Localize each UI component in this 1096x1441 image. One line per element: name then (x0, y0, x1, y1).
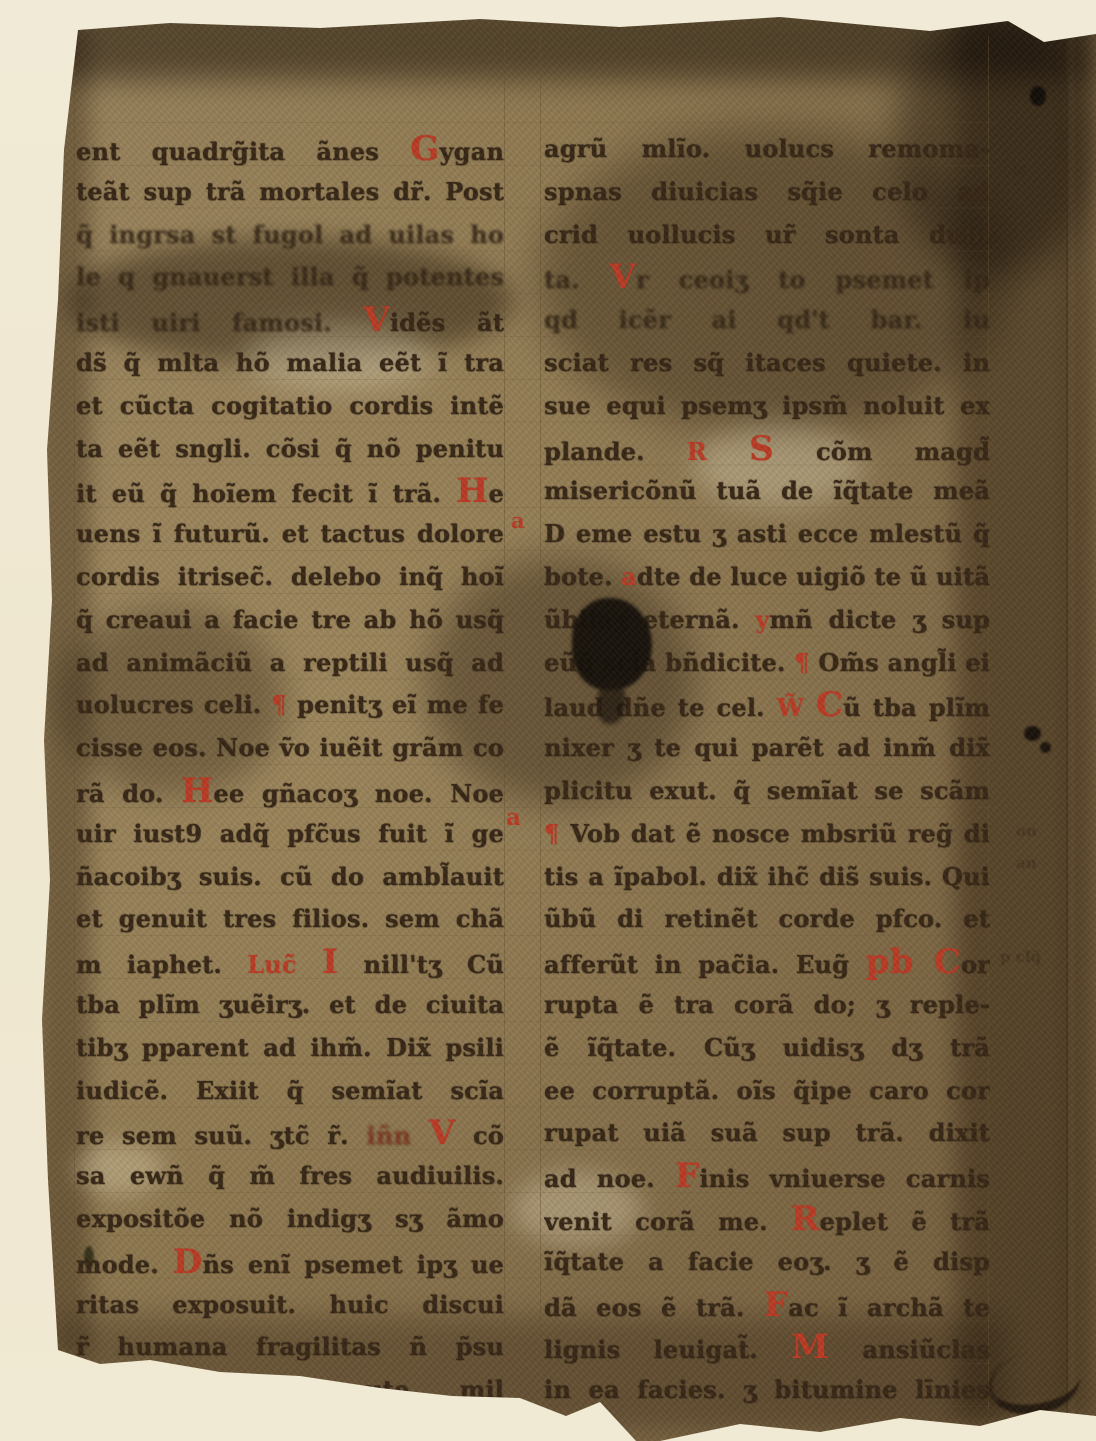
ink-text: bote. (544, 562, 621, 591)
text-line: tba plĩm ʒuẽirʒ. et de ciuita (76, 984, 504, 1027)
ink-text: ds̃ q̃ mlta hõ malia eẽt ĩ tra (76, 348, 504, 377)
ink-text: idẽs ãt (390, 308, 504, 337)
text-line: re sem suũ. ʒtc̃ r̃. iñn V cõ (76, 1112, 504, 1155)
rubric-text: V (429, 1113, 456, 1153)
rubric-text: F (675, 1156, 699, 1196)
rubric-text: a (621, 562, 637, 591)
rubric-text: W̃ (777, 693, 816, 722)
ink-text: ygan (439, 137, 504, 166)
marginal-note-1: on (1016, 822, 1037, 840)
text-line: venit corã me. Replet ẽ trã (544, 1198, 990, 1241)
text-line: misericõnũ tuã de ĩq̃tate meã (544, 470, 990, 513)
ink-text: eũq̃ scl̃a bñdicite. (544, 648, 794, 677)
ink-text: ĩq̃tate a facie eoʒ. ʒ ẽ disp (544, 1247, 990, 1276)
ink-text: venit corã me. (544, 1207, 791, 1236)
text-line: le q gnauerst illa q̃ potentes (76, 256, 504, 299)
text-line: D eme estu ʒ asti ecce mlestũ q̃ exalta (544, 513, 990, 556)
text-line: iudicẽ. Exiit q̃ semĩat scĩa (76, 1070, 504, 1113)
ink-text: it eũ q̃ hoĩem fecit ĩ trã. (76, 479, 456, 508)
rubric-text: F (764, 1285, 788, 1325)
ink-text: teãt sup trã mortales dr̃. Post (76, 177, 504, 206)
rubric-text: Luc̃ (247, 950, 322, 979)
ink-text: r ceoiʒ to psemet ip (636, 265, 990, 294)
ink-text: D eme estu ʒ asti ecce mlestũ q̃ exalta (544, 519, 990, 556)
ruling-vertical-left-margin (74, 36, 75, 1412)
ink-text: agrũ mlĩo. uolucs remoma- (544, 134, 990, 163)
ink-text: r̃ humana fragilitas ñ p̃su (76, 1332, 504, 1361)
corner-curl-mark (984, 1345, 1085, 1421)
ink-text: eplet ẽ trã (820, 1207, 991, 1236)
text-line: ent quadrg̃ita ãnes Gygan (76, 128, 504, 171)
text-line: rupat uiã suã sup trã. dixit (544, 1112, 990, 1155)
ink-text: ad noe. (544, 1164, 675, 1193)
text-line: plicitu exut. q̃ semĩat se scãm fuit (544, 770, 990, 813)
ink-text: uolucres celi. (76, 690, 271, 719)
text-line: ũbũ di retinẽt corde pfco. et frc̃tũ (544, 898, 990, 941)
text-line: sciat res sq̃ itaces quiete. in (544, 342, 990, 385)
text-line: cisse eos. Noe ṽo iuẽit grãm co (76, 727, 504, 770)
rubric-text: iñn (366, 1121, 428, 1150)
stain-top-band (0, 0, 1096, 80)
text-line: rupta ẽ tra corã do; ʒ reple- (544, 984, 990, 1027)
ink-text: plicitu exut. q̃ semĩat se scãm fuit (544, 776, 990, 813)
page-fold-line (1066, 30, 1068, 1418)
marginal-red-letter-upper: a (511, 508, 525, 533)
text-line: bote. adte de luce uigiõ te ũ uitã (544, 556, 990, 599)
ink-text: sue equi psemʒ ipsm̃ noluit ex (544, 391, 990, 420)
dark-spot-3 (1040, 742, 1051, 753)
manuscript-photo: { "colors":{ "backdrop":"#efe7d0", "parc… (0, 0, 1096, 1441)
rubric-text: D (173, 1242, 203, 1282)
ink-text: ac ĩ archã te (788, 1293, 990, 1322)
ink-text: et genuit tres filios. sem chã (76, 904, 504, 933)
rubric-text: C (816, 685, 843, 725)
rubric-text: S (749, 429, 774, 469)
text-line: uens ĩ futurũ. et tactus dolore (76, 513, 504, 556)
text-line: ad animãciũ a reptili usq̃ ad (76, 642, 504, 685)
text-line: uolucres celi. ¶ penitʒ eĩ me fe (76, 684, 504, 727)
ink-text: ee corruptã. oĩs q̃ipe caro cor (544, 1076, 990, 1105)
ink-text: tba plĩm ʒuẽirʒ. et de ciuita (76, 990, 504, 1019)
ink-text: cordis itrisec̃. delebo inq̃ hoĩ (76, 562, 504, 591)
ink-text: ta. (544, 265, 609, 294)
text-line: et cũcta cogitatio cordis intẽ (76, 385, 504, 428)
text-line: r̃ humana fragilitas ñ p̃su (76, 1326, 504, 1369)
ink-text: nill'tʒ Cũ (338, 950, 504, 979)
ink-text: uir iust9 adq̃ pfc̃us fuit ĩ ge (76, 819, 504, 848)
text-line: expositõe nõ indigʒ sʒ ãmo (76, 1198, 504, 1241)
rubric-text: G (410, 129, 439, 169)
text-line: agrũ mlĩo. uolucs remoma- (544, 128, 990, 171)
text-line: laud dñe te cel. W̃ Cũ tba plĩm sue (544, 684, 990, 727)
text-line: ad noe. Finis vniuerse carnis (544, 1155, 990, 1198)
ink-text: or (961, 950, 990, 979)
text-line: uir iust9 adq̃ pfc̃us fuit ĩ ge (76, 813, 504, 856)
text-line: ũbilaʒ eternã. ymñ dicte ʒ sup exal- (544, 599, 990, 642)
text-line: spnas diuicias sq̃ie celo ad (544, 171, 990, 214)
ink-text: le q gnauerst illa q̃ potentes (76, 262, 504, 291)
ink-text: spnas diuicias sq̃ie celo ad (544, 177, 990, 206)
ink-text: in ea facies. ʒ bitumine līnies (544, 1375, 990, 1404)
marginal-red-letter-lower: a (506, 804, 521, 831)
rubric-text: H (456, 471, 488, 511)
text-line: ritas exposuit. huic discui (76, 1284, 504, 1327)
ink-text: uens ĩ futurũ. et tactus dolore (76, 519, 504, 548)
ink-text: ẽ ĩq̃tate. Cũʒ uidisʒ dʒ trã (544, 1033, 990, 1062)
text-column-right: agrũ mlĩo. uolucs remoma-spnas diuicias … (544, 128, 990, 1412)
ink-text: ũbũ di retinẽt corde pfco. et frc̃tũ (544, 904, 990, 941)
ink-text: ent quadrg̃ita ãnes (76, 137, 410, 166)
rubric-text: pb C (866, 942, 961, 982)
ink-text: ee gñacoʒ noe. Noe (213, 779, 504, 808)
ink-text: rupta ẽ tra corã do; ʒ reple- (544, 990, 990, 1019)
text-line: m iaphet. Luc̃ I nill'tʒ Cũ (76, 941, 504, 984)
ink-text: ta eẽt sngli. cõsi q̃ nõ penitu (76, 434, 504, 463)
text-line: sue equi psemʒ ipsm̃ noluit ex (544, 385, 990, 428)
ink-text: iudicẽ. Exiit q̃ semĩat scĩa (76, 1076, 504, 1105)
text-line: tis a ĩpabol. dix̃ ihc̃ dis̃ suis. Qui (544, 856, 990, 899)
ink-text: ritas exposuit. huic discui (76, 1290, 504, 1319)
text-line: q̃ ingrsa st fugol ad uilas ho (76, 214, 504, 257)
ruling-vertical-right-col-start (540, 36, 541, 1412)
rubric-text: ¶ (544, 819, 570, 848)
ink-text: ũbilaʒ eternã. (544, 605, 755, 634)
text-line: ¶ Vob dat ẽ nosce mbsriũ reg̃ di ce (544, 813, 990, 856)
ink-text: m iaphet. (76, 950, 247, 979)
text-column-left: ent quadrg̃ita ãnes Gyganteãt sup trã mo… (76, 128, 504, 1412)
rubric-text: V (363, 300, 390, 340)
ruling-vertical-left-col-end (504, 36, 505, 1412)
ink-text: qd icẽr ai qd't bar. iu (544, 305, 990, 334)
ink-text: misericõnũ tuã de ĩq̃tate meã (544, 476, 990, 505)
text-line: eũq̃ scl̃a bñdicite. ¶ Om̃s angl̃i ei (544, 642, 990, 685)
ink-text: dã eos ẽ trã. (544, 1293, 764, 1322)
ink-text: penitʒ eĩ me fe (297, 690, 504, 719)
ink-text: afferũt in pac̃ia. Eug̃ (544, 950, 866, 979)
ink-text: tibʒ pparent ad ihm̃. Dix̃ psili (76, 1033, 504, 1062)
text-line: ẽ ĩq̃tate. Cũʒ uidisʒ dʒ trã (544, 1027, 990, 1070)
ink-text: sciat res sq̃ itaces quiete. in (544, 348, 990, 377)
ink-text: rupat uiã suã sup trã. dixit (544, 1118, 990, 1147)
text-line: sa ewñ q̃ m̃ fres audiuilis. (76, 1155, 504, 1198)
rubric-text: R (687, 437, 749, 466)
ink-text: Om̃s angl̃i ei (818, 648, 990, 677)
rubric-text: H (181, 771, 213, 811)
ink-text: Vob dat ẽ nosce mbsriũ reg̃ di ce (544, 819, 990, 856)
text-line: in ea facies. ʒ bitumine līnies (544, 1369, 990, 1412)
text-line: qd icẽr ai qd't bar. iu (544, 299, 990, 342)
ink-text: ñs enĩ psemet ipʒ ue (202, 1250, 504, 1279)
ink-text: q̃ creaui a facie tre ab hõ usq̃ (76, 605, 504, 634)
text-line: plande. R S cõm magd̃ multidinẽ (544, 428, 990, 471)
rubric-text: y (755, 605, 769, 634)
rubric-text: M (791, 1327, 829, 1367)
text-line: dã eos ẽ trã. Fac ĩ archã te (544, 1284, 990, 1327)
rubric-text: V (609, 257, 636, 297)
ink-text: mat q̃ sellit ute mil (76, 1375, 504, 1404)
rubric-text: I (322, 942, 338, 982)
text-line: ds̃ q̃ mlta hõ malia eẽt ĩ tra (76, 342, 504, 385)
ink-text: cisse eos. Noe ṽo iuẽit grãm co (76, 733, 504, 762)
text-line: ĩq̃tate a facie eoʒ. ʒ ẽ disp (544, 1241, 990, 1284)
text-line: ñacoibʒ suis. cũ do ambl̃auit (76, 856, 504, 899)
marginal-note-2: an (1016, 854, 1037, 872)
marginal-note-4: ls (1012, 160, 1026, 178)
ink-text: nixer ʒ te qui parẽt ad inm̃ dix̃ (544, 733, 990, 762)
ink-text: plande. (544, 437, 687, 466)
text-line: it eũ q̃ hoĩem fecit ĩ trã. He pca (76, 470, 504, 513)
ink-text: sa ewñ q̃ m̃ fres audiuilis. (76, 1161, 504, 1190)
marginal-note-3: p clq̃ (1000, 948, 1041, 966)
ink-text: q̃ ingrsa st fugol ad uilas ho (76, 220, 504, 249)
ink-text: tis a ĩpabol. dix̃ ihc̃ dis̃ suis. Qui (544, 862, 990, 891)
ink-text: inis vniuerse carnis (699, 1164, 990, 1193)
text-line: q̃ creaui a facie tre ab hõ usq̃ (76, 599, 504, 642)
ink-text: lignis leuigat̃. (544, 1335, 791, 1364)
text-line: ta eẽt sngli. cõsi q̃ nõ penitu (76, 428, 504, 471)
text-line: crid uollucis ur̃ sonta dubi (544, 214, 990, 257)
text-line: ee corruptã. oĩs q̃ipe caro cor (544, 1070, 990, 1113)
ink-text: expositõe nõ indigʒ sʒ ãmo (76, 1204, 504, 1233)
text-line: lignis leuigat̃. M ansiũclas (544, 1326, 990, 1369)
ink-text: ñacoibʒ suis. cũ do ambl̃auit (76, 862, 504, 891)
parchment-leaf: ent quadrg̃ita ãnes Gyganteãt sup trã mo… (0, 0, 1096, 1441)
text-line: afferũt in pac̃ia. Eug̃ pb Cor (544, 941, 990, 984)
text-line: cordis itrisec̃. delebo inq̃ hoĩ (76, 556, 504, 599)
text-line: mode. Dñs enĩ psemet ipʒ ue (76, 1241, 504, 1284)
text-line: tibʒ pparent ad ihm̃. Dix̃ psili (76, 1027, 504, 1070)
ink-text: mode. (76, 1250, 173, 1279)
dark-spot-1 (1030, 86, 1046, 106)
rubric-text: ¶ (271, 690, 297, 719)
text-line: teãt sup trã mortales dr̃. Post (76, 171, 504, 214)
rubric-text: ¶ (794, 648, 818, 677)
ink-text: dte de luce uigiõ te ũ uitã (637, 562, 990, 591)
text-line: ta. Vr ceoiʒ to psemet ip (544, 256, 990, 299)
ink-text: ansiũclas (829, 1335, 990, 1364)
text-line: isti uiri famosi. Vidẽs ãt (76, 299, 504, 342)
ink-text: et cũcta cogitatio cordis intẽ (76, 391, 504, 420)
ink-text: laud dñe te cel. (544, 693, 777, 722)
ink-text: re sem suũ. ʒtc̃ r̃. (76, 1121, 366, 1150)
text-line: mat q̃ sellit ute mil (76, 1369, 504, 1412)
dark-spot-2 (1024, 726, 1041, 741)
text-line: nixer ʒ te qui parẽt ad inm̃ dix̃ (544, 727, 990, 770)
ink-text: crid uollucis ur̃ sonta dubi (544, 220, 990, 249)
ink-text: ad animãciũ a reptili usq̃ ad (76, 648, 504, 677)
ink-text: cõ (455, 1121, 504, 1150)
text-line: et genuit tres filios. sem chã (76, 898, 504, 941)
rubric-text: R (791, 1199, 819, 1239)
ink-text: rã do. (76, 779, 181, 808)
text-line: rã do. Hee gñacoʒ noe. Noe (76, 770, 504, 813)
ink-text: isti uiri famosi. (76, 308, 363, 337)
